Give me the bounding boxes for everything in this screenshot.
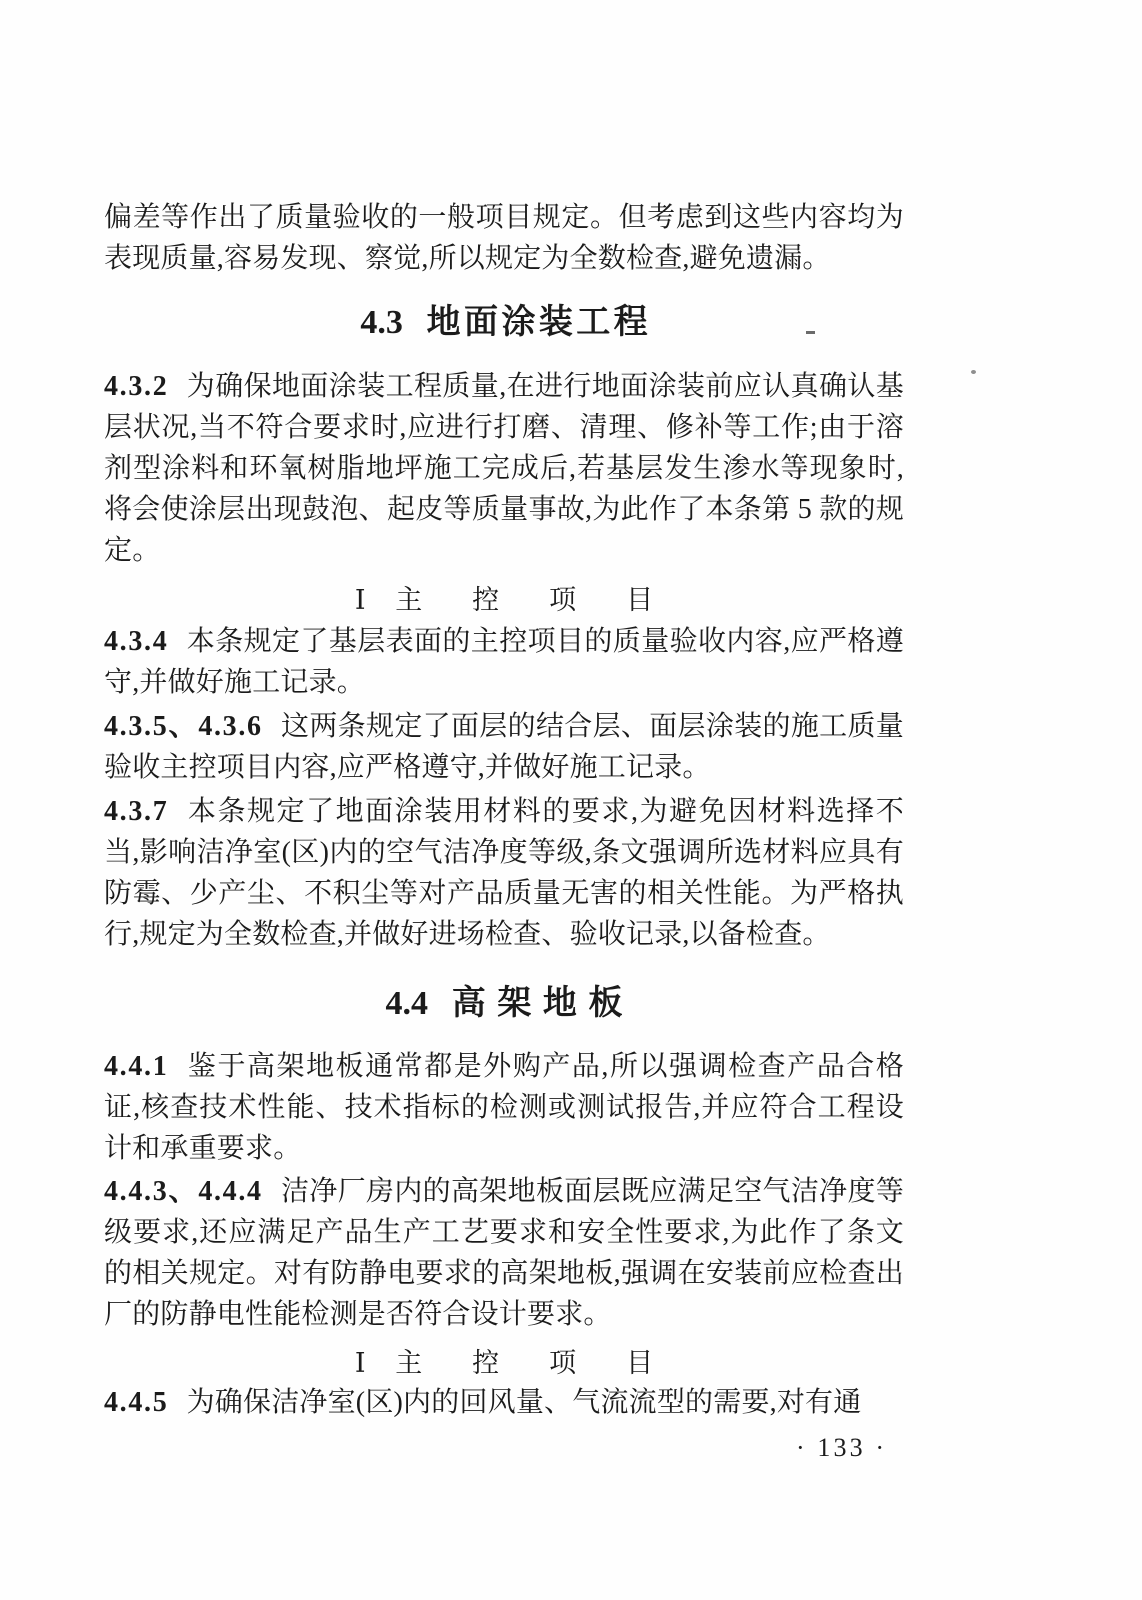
subheading-main-control-items-1: Ⅰ主控项目 [104, 580, 904, 620]
clause-number: 4.4.1 [104, 1051, 168, 1082]
clause-number: 4.3.2 [104, 371, 168, 402]
clause-text: 为确保洁净室(区)内的回风量、气流流型的需要,对有通 [187, 1387, 862, 1418]
clause-4-4-5: 4.4.5为确保洁净室(区)内的回风量、气流流型的需要,对有通 [104, 1382, 904, 1423]
page-number: · 133 · [796, 1433, 887, 1463]
clause-text: 本条规定了地面涂装用材料的要求,为避免因材料选择不当,影响洁净室(区)内的空气洁… [104, 796, 904, 950]
paragraph-continuation: 偏差等作出了质量验收的一般项目规定。但考虑到这些内容均为表现质量,容易发现、察觉… [104, 197, 904, 279]
section-title: 地面涂装工程 [427, 303, 651, 341]
document-page: 偏差等作出了质量验收的一般项目规定。但考虑到这些内容均为表现质量,容易发现、察觉… [0, 0, 1142, 1600]
clause-number: 4.4.3、4.4.4 [104, 1176, 263, 1207]
roman-numeral: Ⅰ [355, 1348, 366, 1378]
subheading-main-control-items-2: Ⅰ主控项目 [104, 1343, 904, 1383]
section-heading-4-3: 4.3地面涂装工程 [104, 300, 904, 345]
clause-4-3-4: 4.3.4本条规定了基层表面的主控项目的质量验收内容,应严格遵守,并做好施工记录… [104, 621, 904, 703]
clause-4-3-2: 4.3.2为确保地面涂装工程质量,在进行地面涂装前应认真确认基层状况,当不符合要… [104, 366, 904, 571]
clause-text: 本条规定了基层表面的主控项目的质量验收内容,应严格遵守,并做好施工记录。 [104, 626, 904, 698]
scan-artifact-dash [806, 331, 815, 334]
clause-number: 4.3.4 [104, 626, 168, 657]
roman-numeral: Ⅰ [355, 585, 366, 615]
clause-4-4-1: 4.4.1鉴于高架地板通常都是外购产品,所以强调检查产品合格证,核查技术性能、技… [104, 1046, 904, 1169]
clause-text: 为确保地面涂装工程质量,在进行地面涂装前应认真确认基层状况,当不符合要求时,应进… [104, 371, 904, 566]
clause-4-3-7: 4.3.7本条规定了地面涂装用材料的要求,为避免因材料选择不当,影响洁净室(区)… [104, 791, 904, 955]
section-number: 4.4 [386, 985, 429, 1022]
subheading-title: 主控项目 [395, 1348, 703, 1378]
clause-number: 4.3.5、4.3.6 [104, 711, 263, 742]
clause-4-4-3-4-4-4: 4.4.3、4.4.4洁净厂房内的高架地板面层既应满足空气洁净度等级要求,还应满… [104, 1171, 904, 1335]
section-number: 4.3 [360, 304, 403, 341]
subheading-title: 主控项目 [395, 585, 703, 615]
clause-4-3-5-4-3-6: 4.3.5、4.3.6这两条规定了面层的结合层、面层涂装的施工质量验收主控项目内… [104, 706, 904, 788]
section-title: 高架地板 [452, 984, 634, 1022]
clause-number: 4.4.5 [104, 1387, 168, 1418]
section-heading-4-4: 4.4高架地板 [104, 981, 904, 1026]
scan-artifact-dot [971, 370, 976, 374]
clause-text: 鉴于高架地板通常都是外购产品,所以强调检查产品合格证,核查技术性能、技术指标的检… [104, 1051, 904, 1164]
clause-number: 4.3.7 [104, 796, 168, 827]
